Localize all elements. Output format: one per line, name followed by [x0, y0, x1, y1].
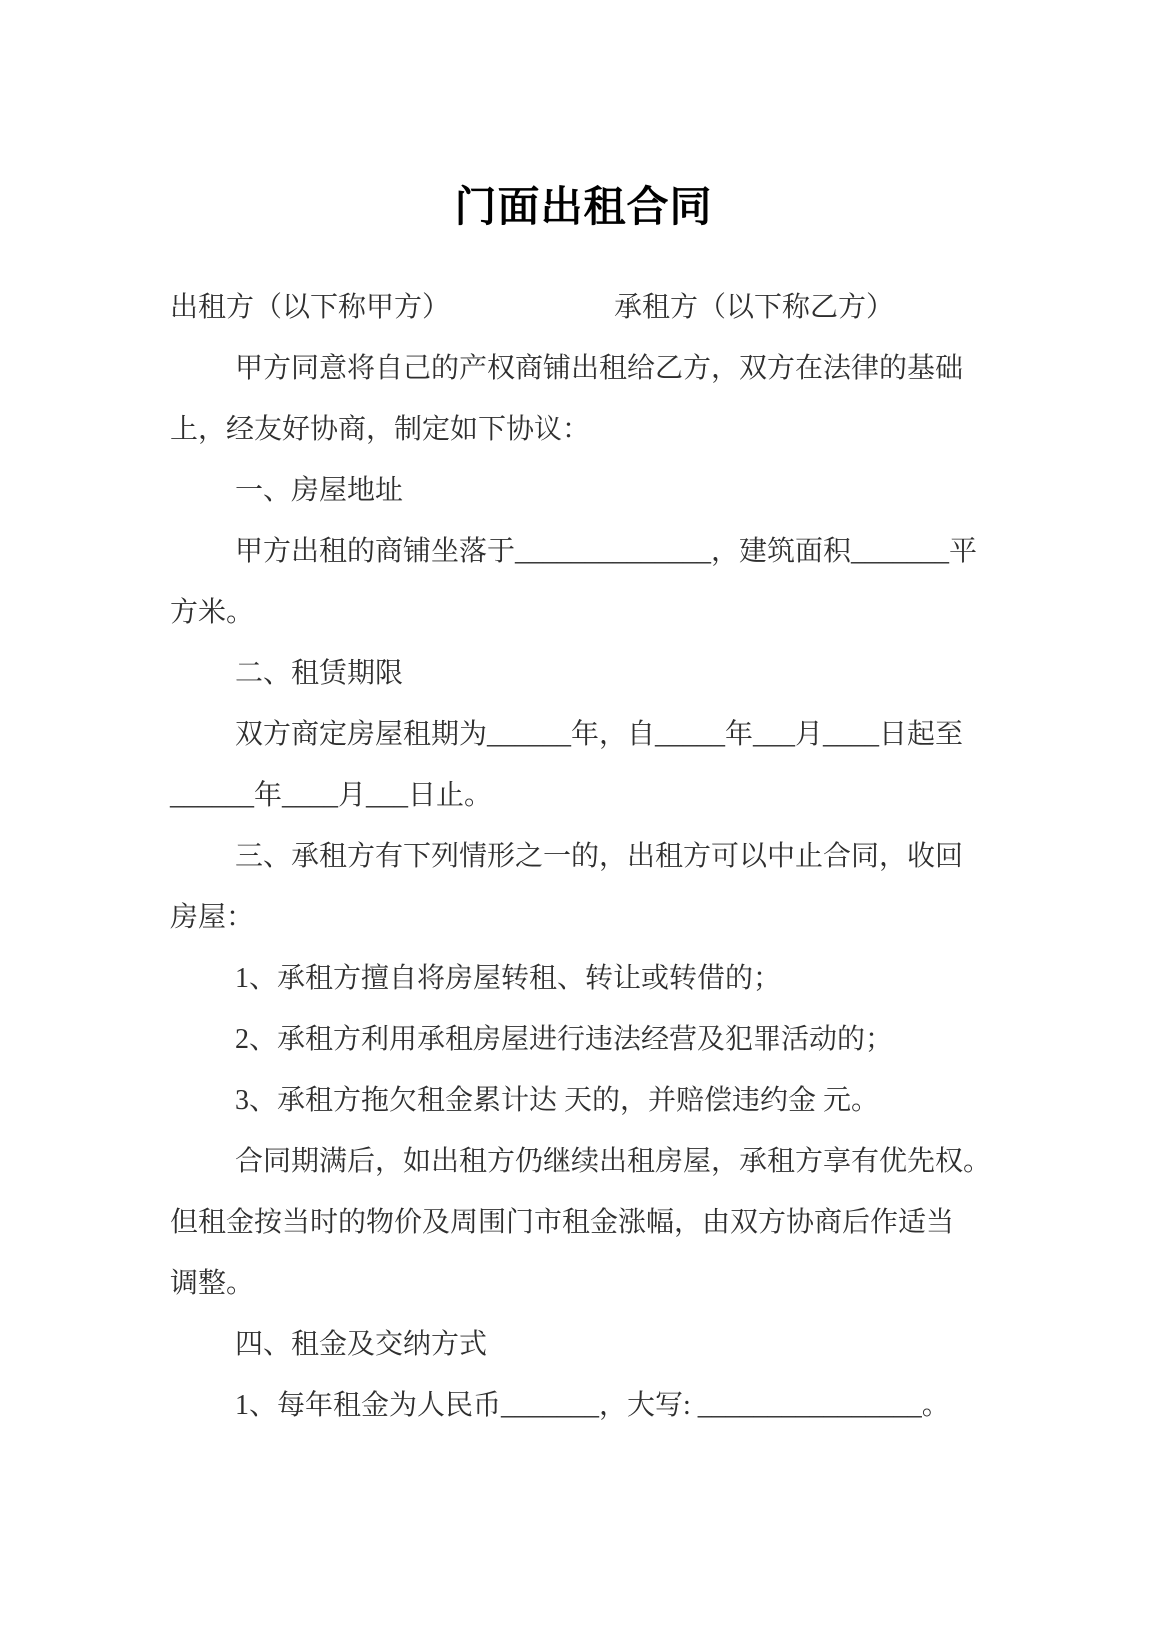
contract-line: 方米。: [170, 582, 998, 643]
contract-line: 房屋：: [170, 887, 998, 948]
lessor-label: 出租方（以下称甲方）: [170, 292, 450, 323]
contract-line: ______年____月___日止。: [170, 765, 998, 826]
contract-line: 一、房屋地址: [170, 460, 998, 521]
lessee-label: 承租方（以下称乙方）: [614, 292, 894, 323]
contract-line: 双方商定房屋租期为______年，自_____年___月____日起至: [170, 704, 998, 765]
contract-line: 甲方同意将自己的产权商铺出租给乙方，双方在法律的基础: [170, 338, 998, 399]
contract-line: 调整。: [170, 1253, 998, 1314]
contract-body: 出租方（以下称甲方） 承租方（以下称乙方） 甲方同意将自己的产权商铺出租给乙方，…: [170, 277, 998, 1436]
contract-line: 2、承租方利用承租房屋进行违法经营及犯罪活动的；: [170, 1009, 998, 1070]
contract-line: 上，经友好协商，制定如下协议：: [170, 399, 998, 460]
contract-line: 但租金按当时的物价及周围门市租金涨幅，由双方协商后作适当: [170, 1192, 998, 1253]
contract-line: 合同期满后，如出租方仍继续出租房屋，承租方享有优先权。: [170, 1131, 998, 1192]
contract-line: 甲方出租的商铺坐落于______________，建筑面积_______平: [170, 521, 998, 582]
contract-title: 门面出租合同: [0, 178, 1167, 238]
contract-line: 四、租金及交纳方式: [170, 1314, 998, 1375]
contract-line: 3、承租方拖欠租金累计达 天的，并赔偿违约金 元。: [170, 1070, 998, 1131]
contract-line: 1、承租方擅自将房屋转租、转让或转借的；: [170, 948, 998, 1009]
contract-page: 门面出租合同 出租方（以下称甲方） 承租方（以下称乙方） 甲方同意将自己的产权商…: [0, 0, 1167, 1651]
parties-line: 出租方（以下称甲方） 承租方（以下称乙方）: [170, 277, 998, 338]
contract-line: 1、每年租金为人民币_______，大写: ________________。: [170, 1375, 998, 1436]
contract-line: 三、承租方有下列情形之一的，出租方可以中止合同，收回: [170, 826, 998, 887]
contract-line: 二、租赁期限: [170, 643, 998, 704]
